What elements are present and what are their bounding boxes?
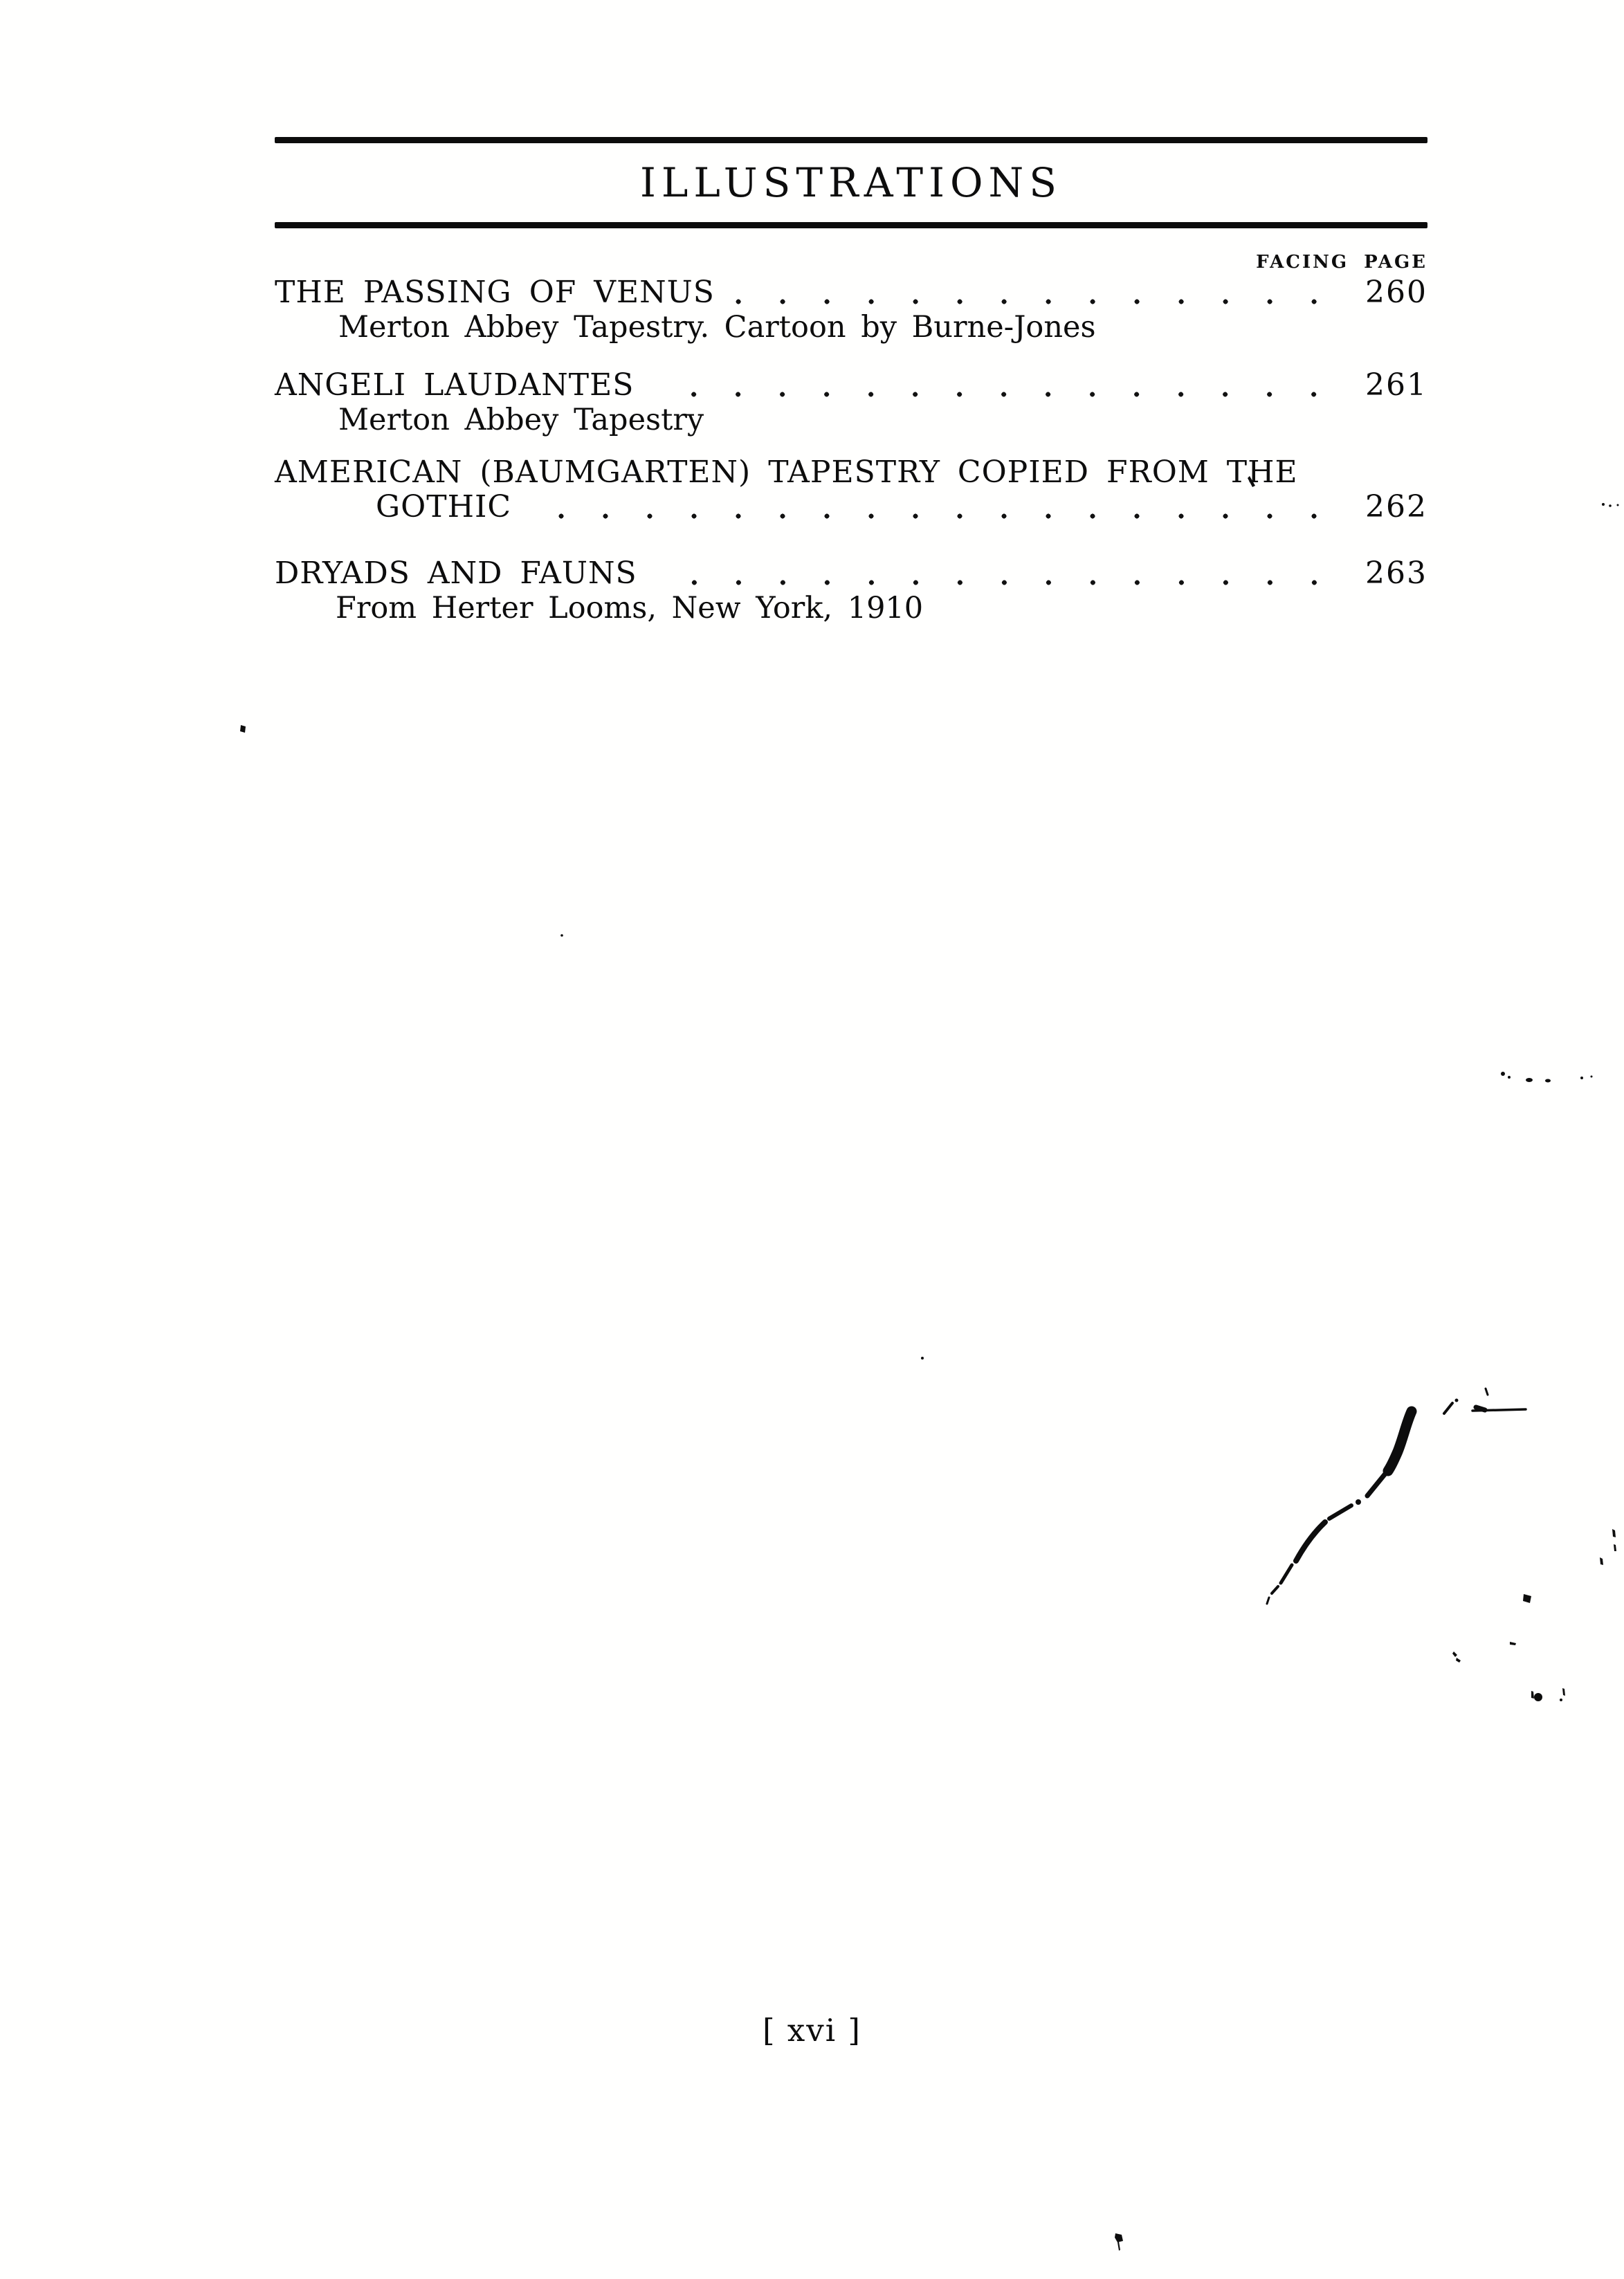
- dot-leader: [532, 513, 1356, 520]
- entry-page-number: 260: [1365, 275, 1427, 310]
- list-item: DRYADS AND FAUNS 263 From Herter Looms, …: [275, 556, 1427, 625]
- header-rule-top: [275, 137, 1427, 143]
- dot-leader: [658, 579, 1356, 586]
- dot-leader: [655, 391, 1356, 398]
- header-rule-bottom: [275, 222, 1427, 228]
- entry-title-row: DRYADS AND FAUNS 263: [275, 556, 1427, 591]
- illustrations-list: THE PASSING OF VENUS 260 Merton Abbey Ta…: [275, 275, 1427, 649]
- list-item: THE PASSING OF VENUS 260 Merton Abbey Ta…: [275, 275, 1427, 345]
- list-item: AMERICAN (BAUMGARTEN) TAPESTRY COPIED FR…: [275, 455, 1427, 524]
- ink-specks: [240, 476, 1619, 2251]
- facing-page-column-label: FACING PAGE: [275, 252, 1427, 273]
- entry-title: DRYADS AND FAUNS: [275, 556, 637, 591]
- dot-leader: [736, 298, 1356, 305]
- entry-page-number: 262: [1365, 490, 1427, 524]
- entry-page-number: 261: [1365, 368, 1427, 403]
- entry-title-row: GOTHIC 262: [275, 490, 1427, 524]
- entry-title-line1: AMERICAN (BAUMGARTEN) TAPESTRY COPIED FR…: [275, 455, 1427, 490]
- entry-title-row: ANGELI LAUDANTES 261: [275, 368, 1427, 403]
- page-folio-number: [ xvi ]: [0, 2012, 1624, 2049]
- page-title: ILLUSTRATIONS: [275, 156, 1427, 209]
- entry-caption: Merton Abbey Tapestry. Cartoon by Burne-…: [338, 310, 1427, 345]
- ink-crack: [1267, 1389, 1526, 1604]
- entry-caption: From Herter Looms, New York, 1910: [336, 591, 1427, 625]
- list-item: ANGELI LAUDANTES 261 Merton Abbey Tapest…: [275, 368, 1427, 437]
- entry-title: AMERICAN (BAUMGARTEN) TAPESTRY COPIED FR…: [275, 455, 1298, 490]
- entry-title: ANGELI LAUDANTES: [275, 368, 634, 403]
- book-page: ILLUSTRATIONS FACING PAGE THE PASSING OF…: [0, 0, 1624, 2279]
- entry-caption: Merton Abbey Tapestry: [338, 403, 1427, 437]
- entry-title: THE PASSING OF VENUS: [275, 275, 715, 310]
- entry-title-line2: GOTHIC: [376, 490, 511, 524]
- entry-title-row: THE PASSING OF VENUS 260: [275, 275, 1427, 310]
- entry-page-number: 263: [1365, 556, 1427, 591]
